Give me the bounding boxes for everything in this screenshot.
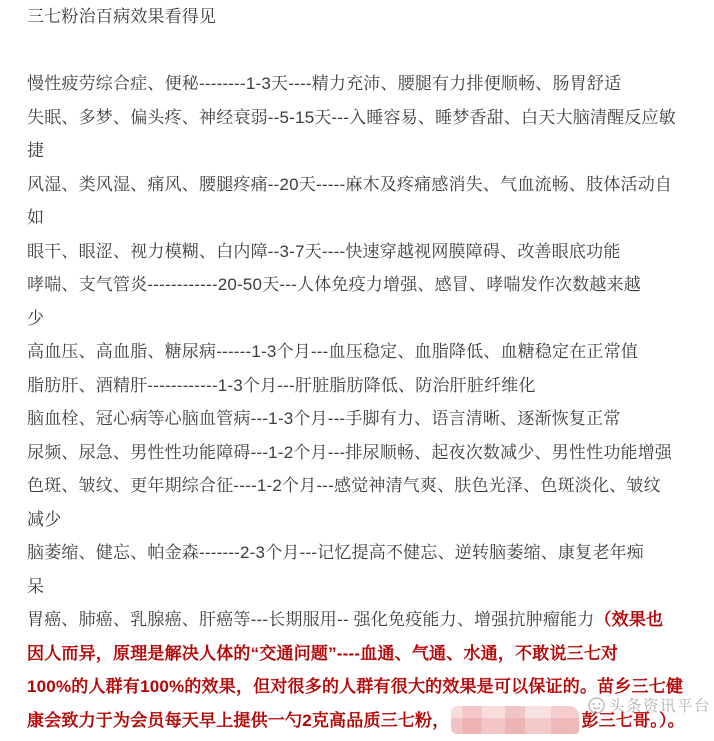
final-line-after-text: 彭三七哥。）。 xyxy=(581,711,684,730)
effect-line-skin: 色斑、皱纹、更年期综合征----1-2个月---感觉神清气爽、肤色光泽、色斑淡化… xyxy=(27,469,708,503)
effect-line-urinary: 尿频、尿急、男性性功能障碍---1-2个月---排尿顺畅、起夜次数减少、男性性功… xyxy=(27,436,708,470)
effect-line-eyes: 眼干、眼涩、视力模糊、白内障--3-7天----快速穿越视网膜障碍、改善眼底功能 xyxy=(27,235,708,269)
red-note-line-1: 因人而异，原理是解决人体的“交通问题”----血通、气通、水通，不敢说三七对 xyxy=(27,637,708,671)
effect-line-skin-wrap: 减少 xyxy=(27,503,708,537)
final-line-before-text: 康会致力于为会员每天早上提供一勺2克高品质三七粉， xyxy=(27,711,449,730)
effect-line-rheumatism-wrap: 如 xyxy=(27,201,708,235)
effect-line-cancer: 胃癌、肺癌、乳腺癌、肝癌等---长期服用-- 强化免疫能力、增强抗肿瘤能力（效果… xyxy=(27,603,708,637)
effect-line-hypertension: 高血压、高血脂、糖尿病------1-3个月---血压稳定、血脂降低、血糖稳定在… xyxy=(27,335,708,369)
effect-line-insomnia: 失眠、多梦、偏头疼、神经衰弱--5-15天---入睡容易、睡梦香甜、白天大脑清醒… xyxy=(27,101,708,135)
effect-line-fatigue: 慢性疲劳综合症、便秘--------1-3天----精力充沛、腰腿有力排便顺畅、… xyxy=(27,67,708,101)
red-note-line-2: 100%的人群有100%的效果，但对很多的人群有很大的效果是可以保证的。苗乡三七… xyxy=(27,670,708,704)
article-title: 三七粉治百病效果看得见 xyxy=(27,0,708,34)
red-note-final-line: 康会致力于为会员每天早上提供一勺2克高品质三七粉，彭三七哥。）。 xyxy=(27,704,708,738)
article: 三七粉治百病效果看得见 慢性疲劳综合症、便秘--------1-3天----精力… xyxy=(0,0,714,737)
effect-line-asthma-wrap: 少 xyxy=(27,302,708,336)
effect-line-brain: 脑萎缩、健忘、帕金森-------2-3个月---记忆提高不健忘、逆转脑萎缩、康… xyxy=(27,536,708,570)
cancer-line-red-text: （效果也 xyxy=(594,610,663,629)
censored-contact-region xyxy=(451,706,579,734)
effect-line-asthma: 哮喘、支气管炎------------20-50天---人体免疫力增强、感冒、哮… xyxy=(27,268,708,302)
effect-line-cardio: 脑血栓、冠心病等心脑血管病---1-3个月---手脚有力、语言清晰、逐渐恢复正常 xyxy=(27,402,708,436)
cancer-line-dark-text: 胃癌、肺癌、乳腺癌、肝癌等---长期服用-- 强化免疫能力、增强抗肿瘤能力 xyxy=(27,610,594,629)
effect-line-brain-wrap: 呆 xyxy=(27,570,708,604)
effect-line-rheumatism: 风湿、类风湿、痛风、腰腿疼痛--20天-----麻木及疼痛感消失、气血流畅、肢体… xyxy=(27,168,708,202)
effect-line-liver: 脂肪肝、酒精肝------------1-3个月---肝脏脂肪降低、防治肝脏纤维… xyxy=(27,369,708,403)
effect-line-insomnia-wrap: 捷 xyxy=(27,134,708,168)
